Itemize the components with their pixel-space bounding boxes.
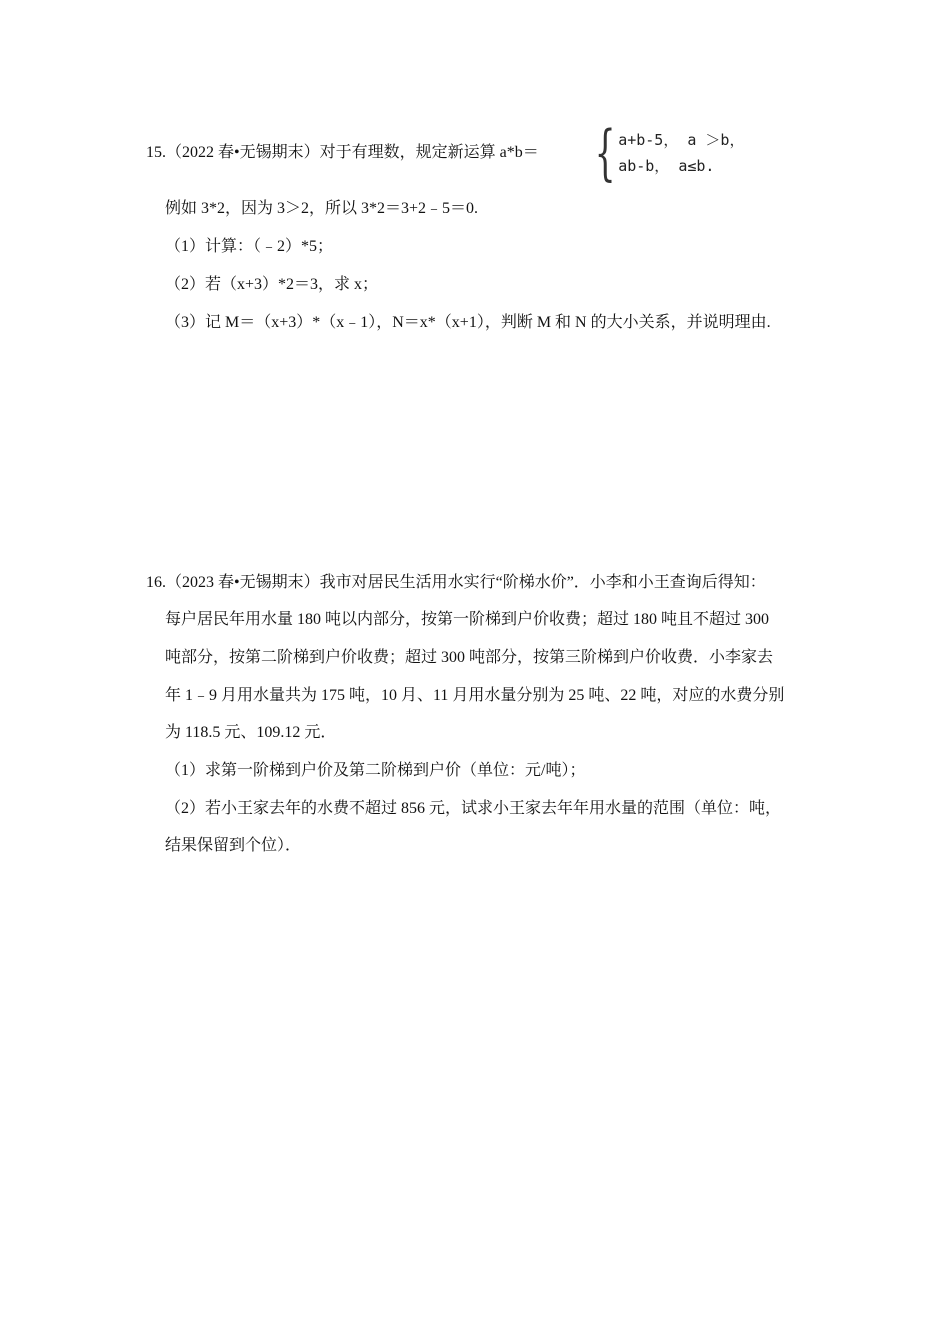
- q15-part3: （3）记 M＝（x+3）*（x﹣1），N＝x*（x+1），判断 M 和 N 的大…: [165, 312, 771, 334]
- q15-part2: （2）若（x+3）*2＝3，求 x；: [165, 274, 378, 296]
- q16-line3: 吨部分，按第二阶梯到户价收费；超过 300 吨部分，按第三阶梯到户价收费．小李家…: [165, 647, 773, 669]
- q15-part1: （1）计算：（﹣2）*5；: [165, 236, 333, 258]
- q16-line1: 16.（2023 春•无锡期末）我市对居民生活用水实行“阶梯水价”．小李和小王查…: [146, 572, 766, 594]
- case-2: ab-b， a≤b.: [618, 153, 744, 179]
- q16-line4: 年 1﹣9 月用水量共为 175 吨，10 月、11 月用水量分别为 25 吨、…: [165, 685, 784, 707]
- q15-intro: 15.（2022 春•无锡期末）对于有理数，规定新运算 a*b＝: [146, 142, 539, 164]
- brace-symbol: {: [595, 123, 616, 183]
- q16-part2b: 结果保留到个位）．: [165, 835, 301, 857]
- q15-example: 例如 3*2，因为 3＞2，所以 3*2＝3+2﹣5＝0.: [165, 198, 478, 220]
- q16-part1: （1）求第一阶梯到户价及第二阶梯到户价（单位：元/吨）；: [165, 760, 585, 782]
- case-1: a+b-5， a ＞b，: [618, 127, 744, 153]
- piecewise-definition: { a+b-5， a ＞b， ab-b， a≤b.: [592, 122, 744, 184]
- q16-line2: 每户居民年用水量 180 吨以内部分，按第一阶梯到户价收费；超过 180 吨且不…: [165, 609, 769, 631]
- q16-part2a: （2）若小王家去年的水费不超过 856 元，试求小王家去年年用水量的范围（单位：…: [165, 798, 781, 820]
- q16-line5: 为 118.5 元、109.12 元．: [165, 722, 336, 744]
